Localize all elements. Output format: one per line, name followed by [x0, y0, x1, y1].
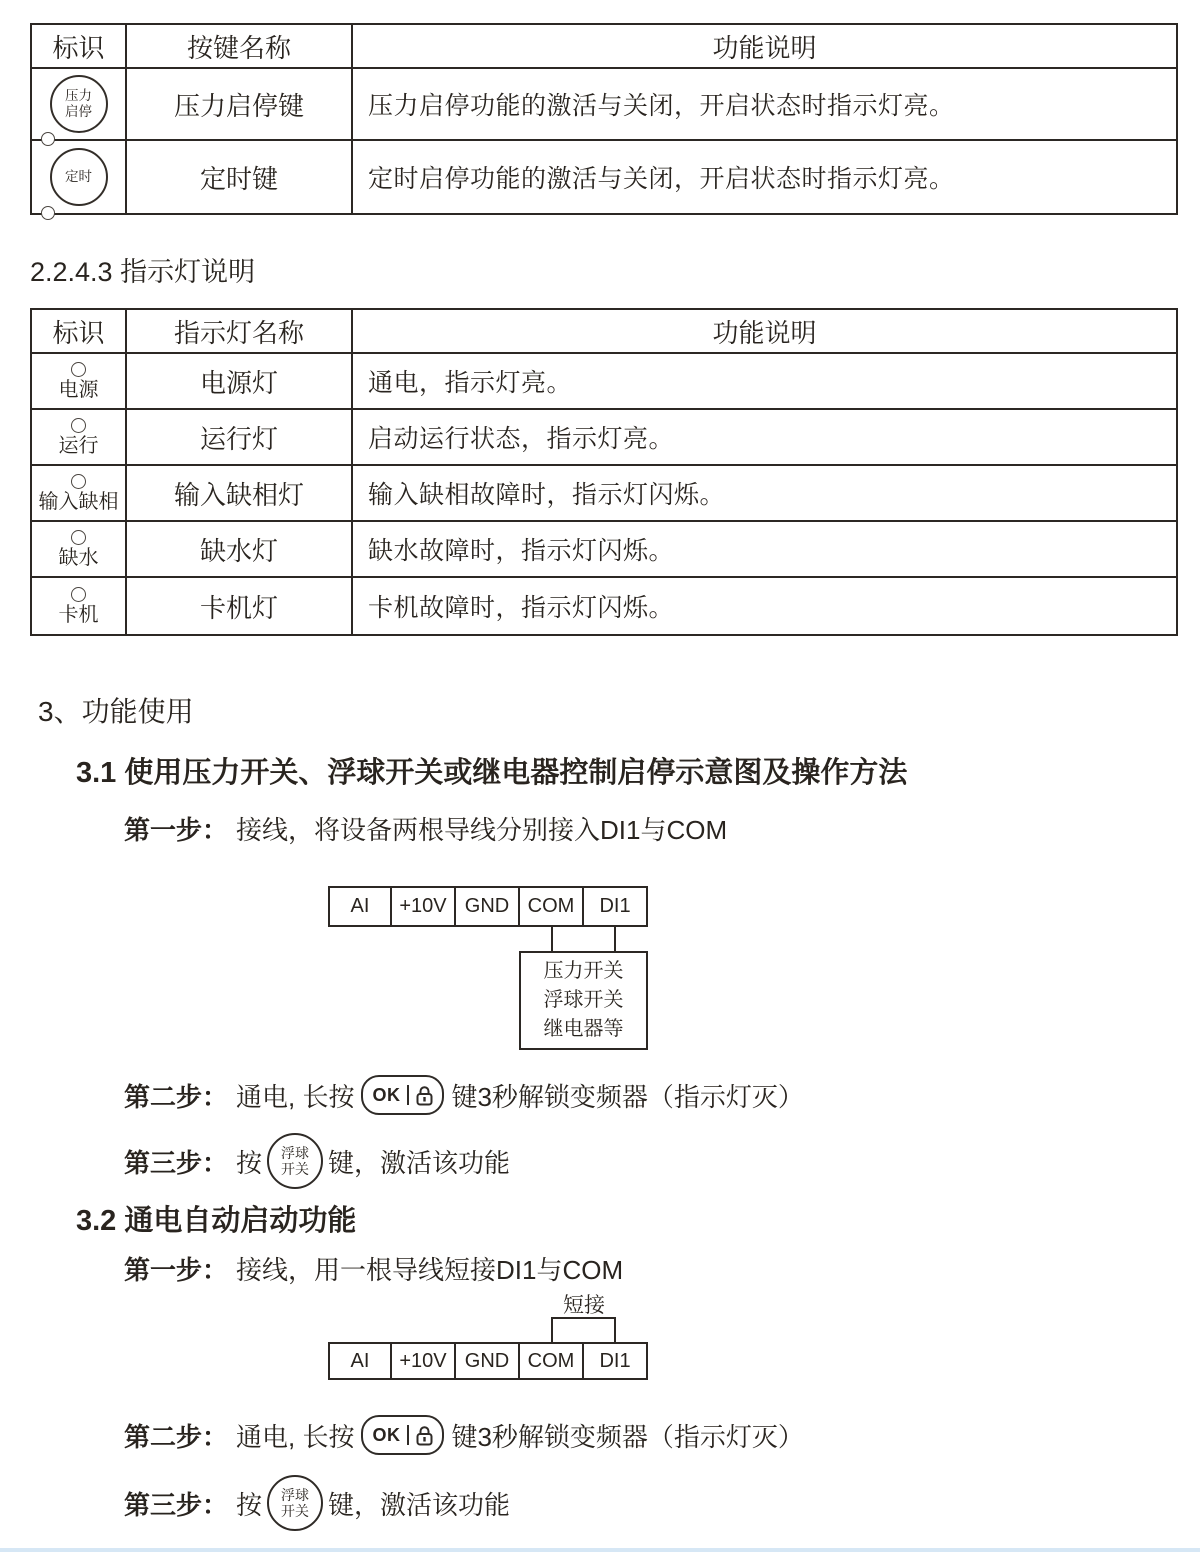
column-header-key-name: 按键名称: [127, 25, 353, 69]
indicator-led-icon: [41, 132, 55, 146]
table-cell-function-desc: 缺水故障时，指示灯闪烁。: [353, 522, 1176, 578]
key-label-line: 浮球: [281, 1145, 309, 1161]
device-box-line: 压力开关: [544, 957, 624, 986]
table-cell-led-name: 缺水灯: [127, 522, 353, 578]
switch-device-box: 压力开关 浮球开关 继电器等: [519, 951, 648, 1050]
step-1-line: 第一步： 接线，将设备两根导线分别接入DI1与COM: [124, 810, 727, 847]
terminal-ai: AI: [328, 1342, 392, 1380]
step-text: 接线，将设备两根导线分别接入DI1与COM: [236, 810, 727, 847]
page-bottom-rule: [0, 1548, 1200, 1552]
led-label: 电源: [59, 380, 99, 400]
step-label: 第二步：: [124, 1077, 228, 1114]
key-divider: [407, 1085, 409, 1105]
section-title-3-2: 3.2 通电自动启动功能: [76, 1198, 356, 1239]
led-label: 运行: [59, 436, 99, 456]
terminal-com: COM: [520, 1342, 584, 1380]
column-header-indicator-name: 指示灯名称: [127, 310, 353, 354]
terminal-10v: +10V: [392, 886, 456, 927]
table-cell-key-name: 压力启停键: [127, 69, 353, 141]
timer-key-icon: 定时: [50, 148, 108, 206]
key-label-line: 开关: [281, 1503, 309, 1519]
table-cell-key-icon: 压力 启停: [32, 69, 127, 141]
step-text: 接线，用一根导线短接DI1与COM: [236, 1250, 623, 1287]
step-3-line: 第三步： 按 浮球 开关 键，激活该功能: [124, 1132, 510, 1190]
led-label: 输入缺相: [39, 492, 119, 512]
terminal-ai: AI: [328, 886, 392, 927]
ok-key-label: OK: [372, 1085, 400, 1106]
device-box-line: 继电器等: [544, 1015, 624, 1044]
column-header-function: 功能说明: [353, 310, 1176, 354]
key-label-line: 浮球: [281, 1487, 309, 1503]
table-cell-led-mark: 运行: [32, 410, 127, 466]
key-label-line: 开关: [281, 1161, 309, 1177]
table-cell-function-desc: 卡机故障时，指示灯闪烁。: [353, 578, 1176, 634]
section-title-3-1: 3.1 使用压力开关、浮球开关或继电器控制启停示意图及操作方法: [76, 750, 907, 791]
step-1-line: 第一步： 接线，用一根导线短接DI1与COM: [124, 1250, 623, 1287]
ok-lock-key-icon: OK: [361, 1075, 444, 1115]
step-label: 第三步：: [124, 1485, 228, 1522]
jumper-label: 短接: [534, 1289, 634, 1319]
step-text: 按: [236, 1143, 262, 1180]
step-2-line: 第二步： 通电, 长按 OK 键3秒解锁变频器（指示灯灭）: [124, 1072, 804, 1118]
table-cell-function-desc: 定时启停功能的激活与关闭，开启状态时指示灯亮。: [353, 141, 1176, 213]
step-text: 通电, 长按: [236, 1077, 354, 1114]
table-cell-led-name: 输入缺相灯: [127, 466, 353, 522]
led-label: 缺水: [59, 548, 99, 568]
terminal-strip: AI +10V GND COM DI1: [328, 1342, 648, 1380]
terminal-gnd: GND: [456, 1342, 520, 1380]
lock-icon: [416, 1425, 433, 1446]
led-icon: [71, 530, 86, 545]
led-icon: [71, 587, 86, 602]
key-label-line: 压力: [65, 88, 92, 104]
water-shortage-led-marker: 缺水: [59, 530, 99, 568]
button-table: 标识 按键名称 功能说明 压力 启停 压力启停键 压力启停功能的激活与关闭，开启…: [30, 23, 1178, 215]
table-cell-led-name: 电源灯: [127, 354, 353, 410]
table-cell-function-desc: 通电，指示灯亮。: [353, 354, 1176, 410]
terminal-di1: DI1: [584, 886, 648, 927]
step-text: 键，激活该功能: [328, 1485, 510, 1522]
indicator-led-icon: [41, 206, 55, 220]
table-cell-function-desc: 压力启停功能的激活与关闭，开启状态时指示灯亮。: [353, 69, 1176, 141]
ok-key-label: OK: [372, 1425, 400, 1446]
step-text: 键3秒解锁变频器（指示灯灭）: [451, 1417, 803, 1454]
power-led-marker: 电源: [59, 362, 99, 400]
table-cell-key-name: 定时键: [127, 141, 353, 213]
section-title-function-use: 3、功能使用: [38, 690, 194, 730]
step-text: 通电, 长按: [236, 1417, 354, 1454]
step-text: 按: [236, 1485, 262, 1522]
device-box-line: 浮球开关: [544, 986, 624, 1015]
column-header-mark: 标识: [32, 310, 127, 354]
led-icon: [71, 362, 86, 377]
input-phase-loss-led-marker: 输入缺相: [39, 474, 119, 512]
led-icon: [71, 418, 86, 433]
table-cell-function-desc: 启动运行状态，指示灯亮。: [353, 410, 1176, 466]
led-icon: [71, 474, 86, 489]
float-switch-key-icon: 浮球 开关: [267, 1133, 323, 1189]
key-label-line: 启停: [65, 104, 92, 120]
wire-line: [551, 925, 553, 952]
wire-line: [614, 925, 616, 952]
table-cell-key-icon: 定时: [32, 141, 127, 213]
key-divider: [407, 1425, 409, 1445]
key-label-line: 定时: [65, 169, 92, 185]
table-cell-led-mark: 电源: [32, 354, 127, 410]
step-2-line: 第二步： 通电, 长按 OK 键3秒解锁变频器（指示灯灭）: [124, 1412, 804, 1458]
step-text: 键3秒解锁变频器（指示灯灭）: [451, 1077, 803, 1114]
led-label: 卡机: [59, 605, 99, 625]
terminal-com: COM: [520, 886, 584, 927]
step-label: 第三步：: [124, 1143, 228, 1180]
terminal-strip: AI +10V GND COM DI1: [328, 886, 648, 927]
table-cell-function-desc: 输入缺相故障时，指示灯闪烁。: [353, 466, 1176, 522]
jam-led-marker: 卡机: [59, 587, 99, 625]
terminal-gnd: GND: [456, 886, 520, 927]
table-cell-led-mark: 卡机: [32, 578, 127, 634]
run-led-marker: 运行: [59, 418, 99, 456]
column-header-function: 功能说明: [353, 25, 1176, 69]
indicator-table: 标识 指示灯名称 功能说明 电源 电源灯 通电，指示灯亮。 运行 运行灯 启动运…: [30, 308, 1178, 636]
step-label: 第一步：: [124, 1250, 228, 1287]
document-page: 标识 按键名称 功能说明 压力 启停 压力启停键 压力启停功能的激活与关闭，开启…: [0, 0, 1200, 1552]
table-cell-led-name: 卡机灯: [127, 578, 353, 634]
ok-lock-key-icon: OK: [361, 1415, 444, 1455]
terminal-10v: +10V: [392, 1342, 456, 1380]
jumper-bracket: [551, 1317, 616, 1342]
step-text: 键，激活该功能: [328, 1143, 510, 1180]
table-cell-led-name: 运行灯: [127, 410, 353, 466]
pressure-start-stop-key-icon: 压力 启停: [50, 75, 108, 133]
section-title-indicator-lights: 2.2.4.3 指示灯说明: [30, 250, 255, 289]
table-cell-led-mark: 缺水: [32, 522, 127, 578]
table-cell-led-mark: 输入缺相: [32, 466, 127, 522]
column-header-mark: 标识: [32, 25, 127, 69]
step-label: 第二步：: [124, 1417, 228, 1454]
terminal-di1: DI1: [584, 1342, 648, 1380]
float-switch-key-icon: 浮球 开关: [267, 1475, 323, 1531]
lock-icon: [416, 1085, 433, 1106]
step-3-line: 第三步： 按 浮球 开关 键，激活该功能: [124, 1474, 510, 1532]
step-label: 第一步：: [124, 810, 228, 847]
